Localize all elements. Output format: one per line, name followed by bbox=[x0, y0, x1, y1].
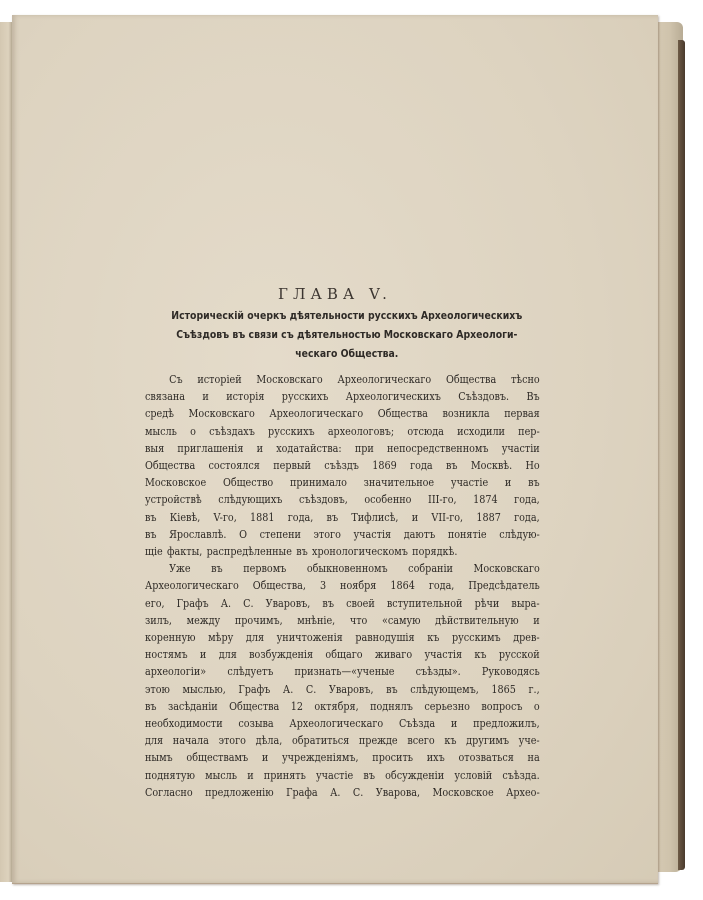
text-line: АрхеологическагоОбщества,3ноября1864года… bbox=[145, 577, 540, 594]
body-text: СъисторіейМосковскагоАрхеологическагоОбщ… bbox=[145, 371, 540, 801]
text-line: СъисторіейМосковскагоАрхеологическагоОбщ… bbox=[145, 371, 540, 388]
text-line: археологіи»слѣдуетъпризнать—«ученыесъѣзд… bbox=[145, 663, 540, 680]
subtitle-line: Съѣздовъ въ связи съ дѣятельностью Моско… bbox=[162, 326, 532, 345]
text-line: МосковскоеОбществопринималозначительноеу… bbox=[145, 474, 540, 491]
text-line: кореннуюмѣрудляуничтоженіяравнодушіякъру… bbox=[145, 629, 540, 646]
text-line: дляначалаэтогодѣла,обратитьсяпреждевсего… bbox=[145, 732, 540, 749]
text-line: въКіевѣ,V-го,1881года,въТифлисѣ,иVII-го,… bbox=[145, 509, 540, 526]
text-line: поднятуюмысльипринятьучастіевъобсужденіи… bbox=[145, 767, 540, 784]
text-line: ностямъидлявозбужденіяобщагоживагоучасті… bbox=[145, 646, 540, 663]
text-line: щіефакты,распредѣленныевъхронологическом… bbox=[145, 543, 540, 560]
text-line: УжевъпервомъобыкновенномъсобраніиМосковс… bbox=[145, 560, 540, 577]
text-line: связанаиисторіярусскихъАрхеологическихъС… bbox=[145, 388, 540, 405]
text-line: его,ГрафъА.С.Уваровъ,въсвоейвступительно… bbox=[145, 595, 540, 612]
text-line: възасѣданіиОбщества12октября,поднялъсерь… bbox=[145, 698, 540, 715]
text-line: зилъ,междупрочимъ,мнѣніе,что«самуюдѣйств… bbox=[145, 612, 540, 629]
chapter-title: ГЛАВА V. bbox=[12, 285, 658, 303]
subtitle-line: ческаго Общества. bbox=[162, 345, 532, 364]
text-line: выяприглашеніяиходатайства:принепосредст… bbox=[145, 440, 540, 457]
text-line: устройствѣслѣдующихъсъѣздовъ,особенноIII… bbox=[145, 491, 540, 508]
text-line: этоюмыслью,ГрафъА.С.Уваровъ,въслѣдующемъ… bbox=[145, 681, 540, 698]
book-cover-edge bbox=[678, 40, 685, 870]
text-line: мысльосъѣздахърусскихъархеологовъ;отсюда… bbox=[145, 423, 540, 440]
text-line: Обществасостоялсяпервыйсъѣздъ1869годавъМ… bbox=[145, 457, 540, 474]
text-line: нымъобществамъиучрежденіямъ,проситьихъот… bbox=[145, 749, 540, 766]
text-line: необходимостисозываАрхеологическагоСъѣзд… bbox=[145, 715, 540, 732]
book-page: ГЛАВА V. Историческій очеркъ дѣятельност… bbox=[12, 15, 658, 884]
text-line: средѣМосковскагоАрхеологическагоОбщества… bbox=[145, 405, 540, 422]
chapter-subtitle: Историческій очеркъ дѣятельности русских… bbox=[162, 307, 488, 364]
subtitle-line: Историческій очеркъ дѣятельности русских… bbox=[162, 307, 532, 326]
text-line: СогласнопредложеніюГрафаА.С.Уварова,Моск… bbox=[145, 784, 540, 801]
text-line: въЯрославлѣ.Остепениэтогоучастіядаютъпон… bbox=[145, 526, 540, 543]
